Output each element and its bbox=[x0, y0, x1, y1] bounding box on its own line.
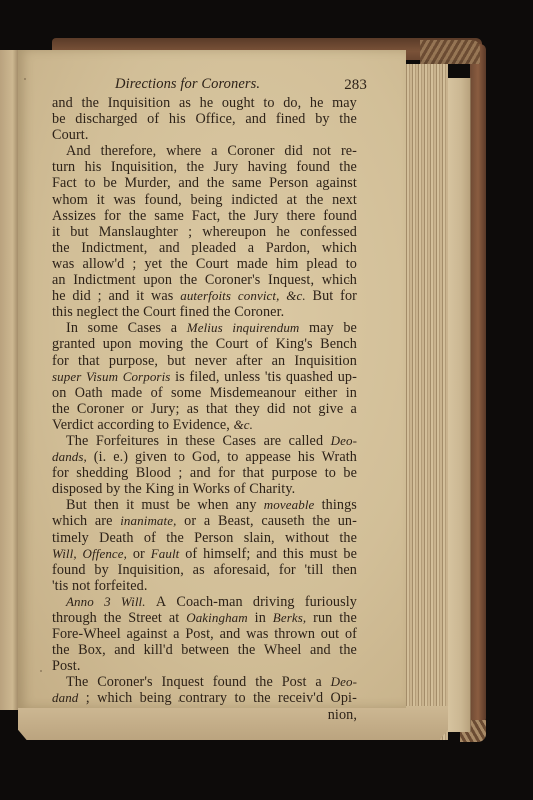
page-number: 283 bbox=[344, 77, 367, 93]
text-line: wasallow'd;yettheCourtmadehimpleadto bbox=[52, 256, 357, 272]
text-line: theCoronerorJury;asthattheydidnotgivea bbox=[52, 401, 357, 417]
text-line: Butthenitmustbewhenanymoveablethings bbox=[52, 497, 357, 513]
text-line: nion, bbox=[52, 707, 357, 723]
text-line: dand;whichbeingcontrarytothereceiv'dOpi- bbox=[52, 690, 357, 706]
text-line: InsomeCasesaMeliusinquirendummaybe bbox=[52, 320, 357, 336]
running-head: Directions for Coroners. 283 bbox=[52, 76, 357, 94]
text-line: bedischargedofhisOffice,andfinedbythe bbox=[52, 111, 357, 127]
leather-cover-right-edge bbox=[470, 44, 486, 724]
text-line: timelyDeathofthePersonslain,withoutthe bbox=[52, 530, 357, 546]
text-line: granteduponmovingtheCourtofKing'sBench bbox=[52, 336, 357, 352]
text-line: this neglect the Court fined the Coroner… bbox=[52, 304, 357, 320]
text-line: Will,Offence,orFaultofhimself;andthismus… bbox=[52, 546, 357, 562]
text-line: foundbyInquisition,asaforesaid,for'tillt… bbox=[52, 562, 357, 578]
body-text: andtheInquisitionasheoughttodo,hemaybedi… bbox=[52, 95, 357, 723]
text-line: whomitwasfound,beingindictedatthenext bbox=[52, 192, 357, 208]
text-line: superVisumCorporisisfiled,unless'tisquas… bbox=[52, 369, 357, 385]
text-line: Andtherefore,whereaCoronerdidnotre- bbox=[52, 143, 357, 159]
text-line: onOathmadeofsomeMisdemeanoureitherin bbox=[52, 385, 357, 401]
text-line: andtheInquisitionasheoughttodo,hemay bbox=[52, 95, 357, 111]
text-line: Court. bbox=[52, 127, 357, 143]
text-line: Verdict according to Evidence, &c. bbox=[52, 417, 357, 433]
text-line: disposed by the King in Works of Charity… bbox=[52, 481, 357, 497]
text-line: turnhisInquisition,theJuryhavingfoundthe bbox=[52, 159, 357, 175]
worn-cover-corner-top bbox=[420, 40, 480, 64]
text-line: theBox,andkill'dbetweentheWheelandthe bbox=[52, 642, 357, 658]
facing-page-edge bbox=[0, 50, 18, 710]
text-line: anIndictmentupontheCoroner'sInquest,whic… bbox=[52, 272, 357, 288]
page-block-edges bbox=[404, 64, 448, 740]
text-line: TheCoroner'sInquestfoundthePostaDeo- bbox=[52, 674, 357, 690]
text-line: itbutManslaughter;whereuponheconfessed bbox=[52, 224, 357, 240]
text-line: forthatpurpose,butneverafteranInquisitio… bbox=[52, 353, 357, 369]
text-line: dands,(i.e.)giventoGod,toappeasehisWrath bbox=[52, 449, 357, 465]
text-line: whichareinanimate,oraBeast,causeththeun- bbox=[52, 513, 357, 529]
text-line: TheForfeituresintheseCasesarecalledDeo- bbox=[52, 433, 357, 449]
text-line: AssizesforthesameFact,theJurytherefound bbox=[52, 208, 357, 224]
text-line: FacttobeMurder,andthesamePersonagainst bbox=[52, 175, 357, 191]
book-photo: Directions for Coroners. 283 andtheInqui… bbox=[0, 0, 533, 800]
page-block-outer-edge bbox=[448, 78, 471, 732]
page-text: Directions for Coroners. 283 andtheInqui… bbox=[52, 76, 357, 723]
text-line: hedid;anditwasauterfoitsconvict,&c.Butfo… bbox=[52, 288, 357, 304]
text-line: theIndictment,andpleadedaPardon,which bbox=[52, 240, 357, 256]
running-title: Directions for Coroners. bbox=[115, 76, 260, 92]
text-line: Anno3Will.ACoach-mandrivingfuriously bbox=[52, 594, 357, 610]
text-line: throughtheStreetatOakinghaminBerks,runth… bbox=[52, 610, 357, 626]
text-line: Fore-WheelagainstaPost,andwasthrownoutof bbox=[52, 626, 357, 642]
text-line: 'tis not forfeited. bbox=[52, 578, 357, 594]
text-line: forsheddingBlood;andforthatpurposetobe bbox=[52, 465, 357, 481]
text-line: Post. bbox=[52, 658, 357, 674]
